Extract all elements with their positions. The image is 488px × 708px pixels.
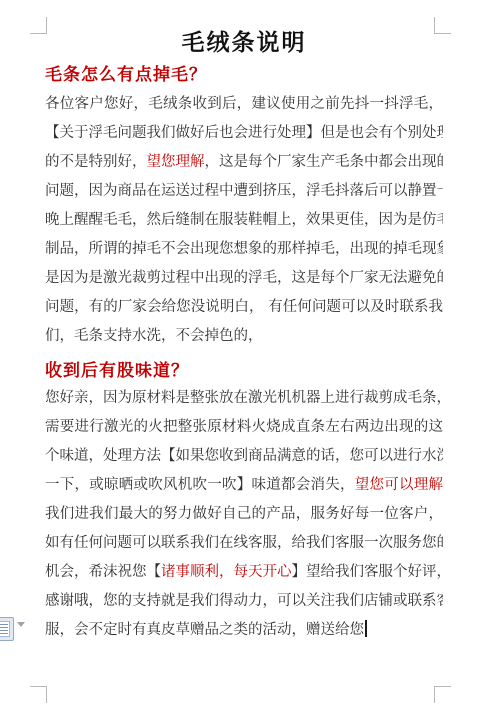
text-segment: 您好亲，因为原材料是整张放在激光机机器上进行裁剪成毛条，	[45, 390, 443, 406]
text-segment: 需要进行激光的火把整张原材料火烧成直条左右两边出现的这	[45, 419, 443, 435]
text-boundary-mark-bottom-right	[434, 686, 451, 703]
text-line[interactable]: 晚上醒醒毛毛，然后缝制在服装鞋帽上，效果更佳，因为是仿毛	[45, 206, 443, 235]
text-line[interactable]: 您好亲，因为原材料是整张放在激光机机器上进行裁剪成毛条，	[45, 384, 443, 413]
section-heading-shedding[interactable]: 毛条怎么有点掉毛？	[45, 63, 207, 87]
text-segment: 服，会不定时有真皮草赠品之类的活动，赠送给您	[45, 622, 364, 638]
text-line[interactable]: 【关于浮毛问题我们做好后也会进行处理】但是也会有个别处理	[45, 119, 443, 148]
text-line[interactable]: 一下，或晾晒或吹风机吹一吹】味道都会消失，望您可以理解	[45, 471, 443, 500]
text-line[interactable]: 个味道，处理方法【如果您收到商品满意的话，您可以进行水洗	[45, 442, 443, 471]
clipboard-paste-icon	[0, 617, 14, 641]
text-segment: 的不是特别好，	[45, 154, 147, 170]
document-title[interactable]: 毛绒条说明	[0, 27, 488, 59]
text-segment: 各位客户您好，毛绒条收到后，建议使用之前先抖一抖浮毛，	[45, 96, 443, 112]
text-segment: 个味道，处理方法【如果您收到商品满意的话，您可以进行水洗	[45, 448, 443, 464]
text-segment: ，这是每个厂家生产毛条中都会出现的	[205, 154, 444, 170]
paste-options-button[interactable]	[0, 615, 31, 641]
red-emphasis-text: 望您可以理解	[355, 477, 443, 493]
paragraph-smell[interactable]: 您好亲，因为原材料是整张放在激光机机器上进行裁剪成毛条，需要进行激光的火把整张原…	[45, 384, 443, 645]
text-segment: 【关于浮毛问题我们做好后也会进行处理】但是也会有个别处理	[45, 125, 443, 141]
text-segment: 机会，希沫祝您【	[45, 564, 161, 580]
text-segment: 感谢哦，您的支持就是我们得动力，可以关注我们店铺或联系客	[45, 593, 443, 609]
section-heading-smell[interactable]: 收到后有股味道？	[45, 359, 189, 383]
document-page[interactable]: 毛绒条说明 毛条怎么有点掉毛？ 各位客户您好，毛绒条收到后，建议使用之前先抖一抖…	[0, 0, 488, 708]
text-cursor	[365, 620, 367, 637]
text-segment: 是因为是激光裁剪过程中出现的浮毛，这是每个厂家无法避免的	[45, 270, 443, 286]
text-line[interactable]: 感谢哦，您的支持就是我们得动力，可以关注我们店铺或联系客	[45, 587, 443, 616]
text-line[interactable]: 制品，所谓的掉毛不会出现您想象的那样掉毛，出现的掉毛现象	[45, 235, 443, 264]
text-segment: 】望给我们客服个好评，	[292, 564, 444, 580]
chevron-down-icon	[17, 622, 25, 627]
paragraph-shedding[interactable]: 各位客户您好，毛绒条收到后，建议使用之前先抖一抖浮毛，【关于浮毛问题我们做好后也…	[45, 90, 443, 351]
text-line[interactable]: 的不是特别好，望您理解，这是每个厂家生产毛条中都会出现的	[45, 148, 443, 177]
text-line[interactable]: 问题，因为商品在运送过程中遭到挤压，浮毛抖落后可以静置一	[45, 177, 443, 206]
text-line[interactable]: 如有任何问题可以联系我们在线客服，给我们客服一次服务您的	[45, 529, 443, 558]
red-emphasis-text: 望您理解	[147, 154, 205, 170]
text-line[interactable]: 们，毛条支持水洗，不会掉色的，	[45, 322, 443, 351]
text-line[interactable]: 是因为是激光裁剪过程中出现的浮毛，这是每个厂家无法避免的	[45, 264, 443, 293]
text-segment: 一下，或晾晒或吹风机吹一吹】味道都会消失，	[45, 477, 355, 493]
red-emphasis-text: 诸事顺利，每天开心	[161, 564, 292, 580]
text-boundary-mark-bottom-left	[30, 686, 47, 703]
text-line[interactable]: 机会，希沫祝您【诸事顺利，每天开心】望给我们客服个好评，	[45, 558, 443, 587]
text-line[interactable]: 需要进行激光的火把整张原材料火烧成直条左右两边出现的这	[45, 413, 443, 442]
text-segment: 问题，有的厂家会给您没说明白， 有任何问题可以及时联系我	[45, 299, 443, 315]
text-line[interactable]: 服，会不定时有真皮草赠品之类的活动，赠送给您	[45, 616, 443, 645]
text-segment: 晚上醒醒毛毛，然后缝制在服装鞋帽上，效果更佳，因为是仿毛	[45, 212, 443, 228]
text-segment: 问题，因为商品在运送过程中遭到挤压，浮毛抖落后可以静置一	[45, 183, 443, 199]
text-segment: 如有任何问题可以联系我们在线客服，给我们客服一次服务您的	[45, 535, 443, 551]
text-segment: 们，毛条支持水洗，不会掉色的，	[45, 328, 263, 344]
text-segment: 制品，所谓的掉毛不会出现您想象的那样掉毛，出现的掉毛现象	[45, 241, 443, 257]
text-line[interactable]: 我们进我们最大的努力做好自己的产品，服务好每一位客户，	[45, 500, 443, 529]
text-segment: 我们进我们最大的努力做好自己的产品，服务好每一位客户，	[45, 506, 443, 522]
text-line[interactable]: 问题，有的厂家会给您没说明白， 有任何问题可以及时联系我	[45, 293, 443, 322]
text-line[interactable]: 各位客户您好，毛绒条收到后，建议使用之前先抖一抖浮毛，	[45, 90, 443, 119]
